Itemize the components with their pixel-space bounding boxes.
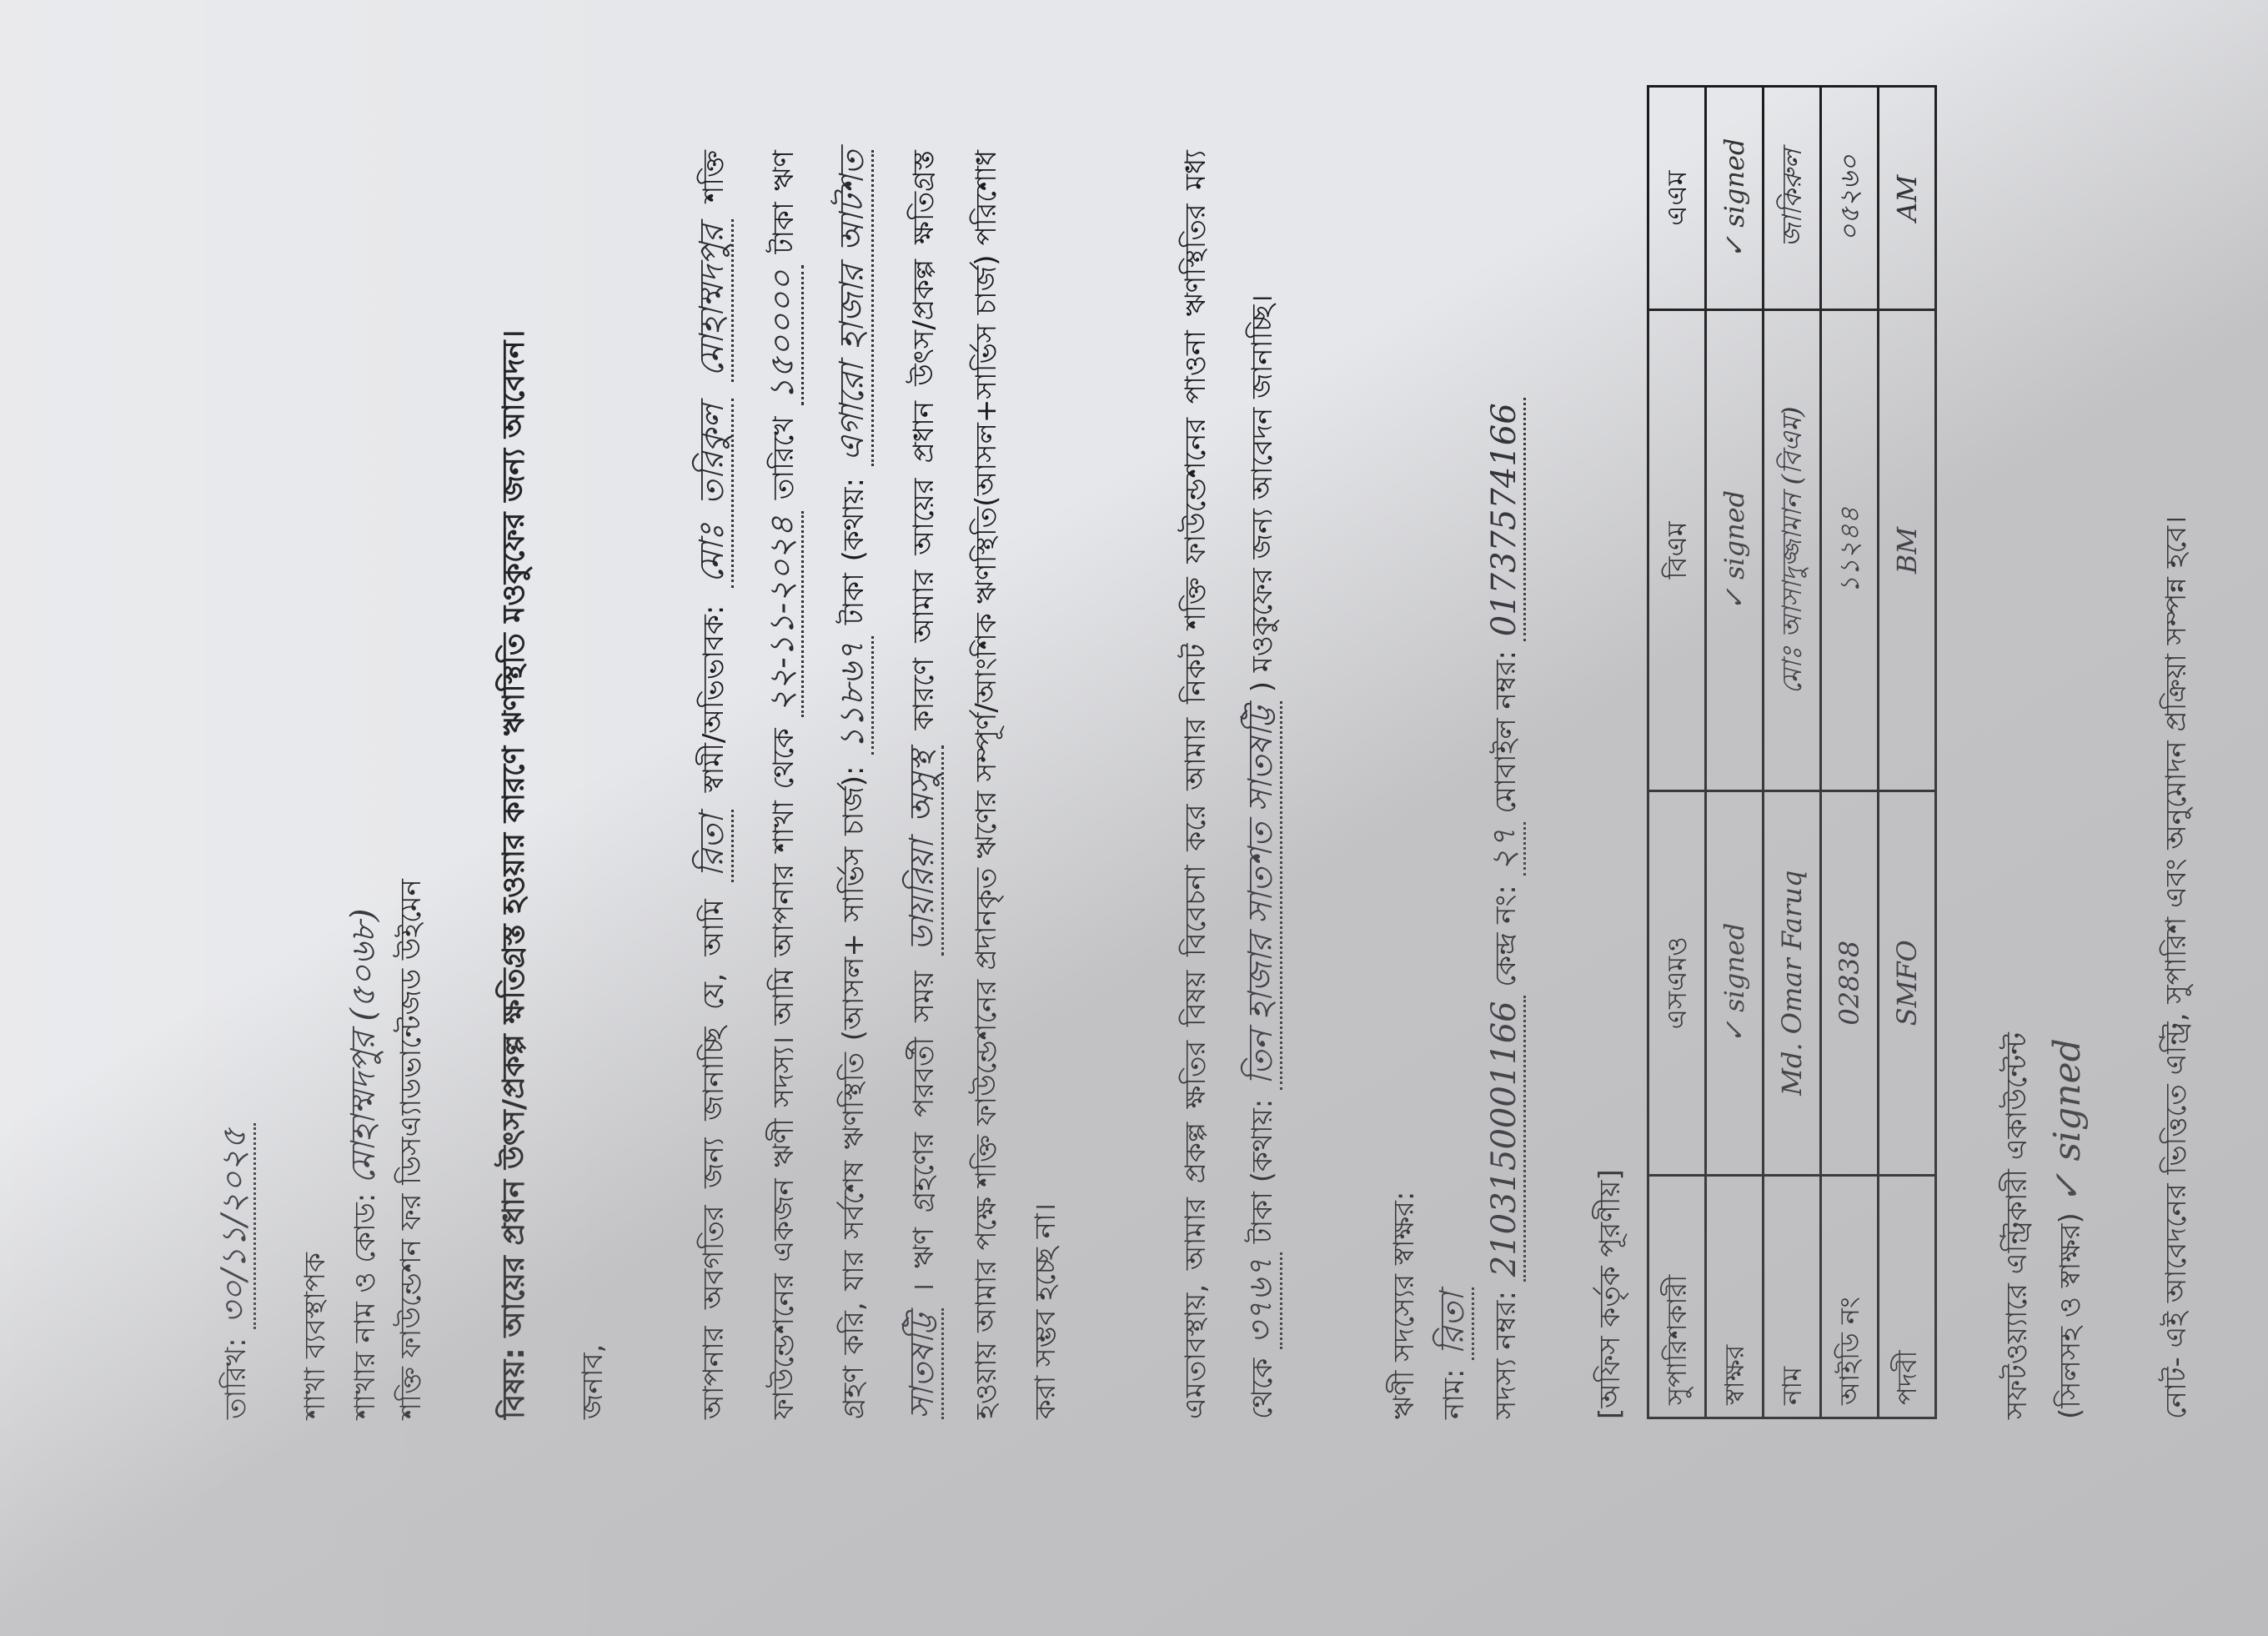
date-label: তারিখ: bbox=[219, 1337, 253, 1419]
member-signature-block: ঋণী সদস্যের স্বাক্ষর: নাম: রিতা সদস্য নম… bbox=[1382, 150, 1530, 1419]
member-signature-heading: ঋণী সদস্যের স্বাক্ষর: bbox=[1382, 150, 1427, 1419]
loan-amount-field: ১৫০০০০ bbox=[763, 265, 804, 405]
column-header: এসএমও bbox=[1648, 790, 1706, 1175]
branch-name-field: মোহাম্মদপুর bbox=[693, 219, 734, 382]
table-row: পদবী SMFO BM AM bbox=[1879, 87, 1936, 1418]
paragraph-loan-details: আপনার অবগতির জন্য জানাচ্ছি যে, আমি রিতা … bbox=[677, 150, 1076, 1419]
verifier-title: সফটওয়্যারে এন্ট্রিকারী একাউন্টেন্ট bbox=[1995, 150, 2040, 1419]
name-cell: মোঃ আসাদুজ্জামান (বিএম) bbox=[1764, 310, 1821, 790]
office-section-heading: [অফিস কর্তৃক পূরণীয়] bbox=[1588, 150, 1633, 1419]
column-header: বিএম bbox=[1648, 310, 1706, 790]
designation-cell: AM bbox=[1879, 87, 1936, 310]
center-label: কেন্দ্র নং: bbox=[1489, 885, 1523, 986]
footer-note: নোট- এই আবেদনের ভিত্তিতে এন্ট্রি, সুপারি… bbox=[2155, 150, 2199, 1419]
member-signature-name: রিতা bbox=[1433, 1287, 1474, 1360]
verifier-instruction: (সিলসহ ও স্বাক্ষর) bbox=[2054, 1212, 2087, 1419]
member-id-line: সদস্য নম্বর: 2103150001166 কেন্দ্র নং: ২… bbox=[1478, 150, 1530, 1419]
table-row: স্বাক্ষর ✓ signed ✓ signed ✓ signed bbox=[1706, 87, 1764, 1418]
name-cell: Md. Omar Faruq bbox=[1764, 790, 1821, 1175]
verifier-signature: ✓ signed bbox=[2046, 1038, 2089, 1203]
row-label: সুপারিশকারী bbox=[1648, 1176, 1706, 1418]
row-label: আইডি নং bbox=[1821, 1176, 1879, 1418]
recommendation-table: সুপারিশকারী এসএমও বিএম এএম স্বাক্ষর ✓ si… bbox=[1647, 85, 1937, 1419]
mobile-label: মোবাইল নম্বর: bbox=[1489, 650, 1523, 814]
id-cell: ১১২৪৪ bbox=[1821, 310, 1879, 790]
recipient-title: শাখা ব্যবস্থাপক bbox=[294, 150, 338, 1419]
name-label: নাম: bbox=[1438, 1369, 1471, 1420]
intro-text: আপনার অবগতির জন্য জানাচ্ছি যে, আমি bbox=[697, 899, 730, 1419]
branch-line: শাখার নাম ও কোড: মোহাম্মদপুর (৫০৬৮) bbox=[338, 150, 389, 1419]
form-content: তারিখ: ৩০/১১/২০২৫ শাখা ব্যবস্থাপক শাখার … bbox=[208, 150, 2199, 1419]
application-form-page: তারিখ: ৩০/১১/২০২৫ শাখা ব্যবস্থাপক শাখার … bbox=[0, 0, 2268, 1636]
balance-field: ১১৮৬৭ bbox=[833, 636, 874, 755]
center-no-field: ২৭ bbox=[1485, 822, 1526, 876]
subject-line: বিষয়: আয়ের প্রধান উৎস/প্রকল্প ক্ষতিগ্র… bbox=[491, 150, 538, 1419]
loan-date-field: ২২-১১-২০২৪ bbox=[763, 511, 804, 717]
name-cell: জাকিরুল bbox=[1764, 87, 1821, 310]
signature-cell: ✓ signed bbox=[1706, 790, 1764, 1175]
id-cell: 02838 bbox=[1821, 790, 1879, 1175]
guardian-name-field: মোঃ তরিকুল bbox=[693, 399, 734, 588]
waiver-text-3: ) মওকুফের জন্য আবেদন জানাচ্ছি। bbox=[1246, 294, 1279, 692]
taka-text: টাকা (কথায়: bbox=[837, 478, 871, 625]
member-no-label: সদস্য নম্বর: bbox=[1489, 1291, 1523, 1419]
column-header: এএম bbox=[1648, 87, 1706, 310]
signature-cell: ✓ signed bbox=[1706, 310, 1764, 790]
member-name-field: রিতা bbox=[693, 810, 734, 882]
member-no-field: 2103150001166 bbox=[1485, 996, 1526, 1282]
waiver-text-2: টাকা (কথায়: bbox=[1246, 1099, 1279, 1243]
designation-cell: BM bbox=[1879, 310, 1936, 790]
verifier-block: সফটওয়্যারে এন্ট্রিকারী একাউন্টেন্ট (সিল… bbox=[1995, 150, 2096, 1419]
signature-cell: ✓ signed bbox=[1706, 87, 1764, 310]
date-value: ৩০/১১/২০২৫ bbox=[215, 1123, 256, 1329]
waiver-amount-field: ৩৭৬৭ bbox=[1242, 1252, 1282, 1349]
date-line: তারিখ: ৩০/১১/২০২৫ bbox=[208, 150, 260, 1419]
date-text: তারিখে bbox=[767, 416, 800, 499]
table-row: সুপারিশকারী এসএমও বিএম এএম bbox=[1648, 87, 1706, 1418]
table-row: নাম Md. Omar Faruq মোঃ আসাদুজ্জামান (বিএ… bbox=[1764, 87, 1821, 1418]
mobile-no-field: 01737574166 bbox=[1485, 398, 1526, 641]
table-row: আইডি নং 02838 ১১২৪৪ ০৫২৬০ bbox=[1821, 87, 1879, 1418]
branch-label: শাখার নাম ও কোড: bbox=[349, 1193, 382, 1419]
organization-name: শক্তি ফাউন্ডেশন ফর ডিসএ্যাডভান্টেজড উইমে… bbox=[389, 150, 434, 1419]
row-label: স্বাক্ষর bbox=[1706, 1176, 1764, 1418]
office-section: [অফিস কর্তৃক পূরণীয়] সুপারিশকারী এসএমও … bbox=[1588, 150, 1938, 1419]
waiver-words-field: তিন হাজার সাতশত সাতষট্টি bbox=[1242, 701, 1282, 1090]
row-label: নাম bbox=[1764, 1176, 1821, 1418]
designation-cell: SMFO bbox=[1879, 790, 1936, 1175]
branch-value: মোহাম্মদপুর (৫০৬৮) bbox=[344, 909, 383, 1184]
paragraph-waiver-request: এমতাবস্থায়, আমার প্রকল্প ক্ষতির বিষয় ব… bbox=[1167, 150, 1296, 1419]
verifier-subtitle: (সিলসহ ও স্বাক্ষর) ✓ signed bbox=[2040, 150, 2096, 1419]
salutation: জনাব, bbox=[571, 150, 615, 1419]
id-cell: ০৫২৬০ bbox=[1821, 87, 1879, 310]
member-name-line: নাম: রিতা bbox=[1427, 150, 1478, 1419]
guardian-label: স্বামী/অভিভাবক: bbox=[697, 605, 730, 792]
after-text: । ঋণ গ্রহণের পরবর্তী সময় bbox=[907, 971, 941, 1293]
row-label: পদবী bbox=[1879, 1176, 1936, 1418]
reason-field: ডায়রিয়া অসুস্থ bbox=[903, 745, 944, 956]
